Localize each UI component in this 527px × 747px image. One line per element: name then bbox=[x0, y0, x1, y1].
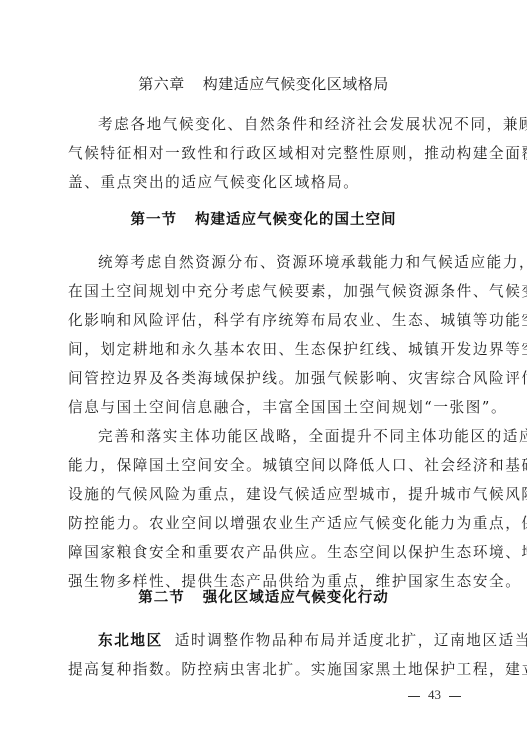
chapter-heading: 第六章构建适应气候变化区域格局 bbox=[0, 73, 527, 94]
text-line: 化影响和风险评估，科学有序统筹布局农业、生态、城镇等功能空 bbox=[68, 306, 460, 335]
text-line: 障国家粮食安全和重要农产品供应。生态空间以保护生态环境、增 bbox=[68, 538, 460, 567]
text-segment: 适时调整作物品种布局并适度北扩，辽南地区适当 bbox=[175, 632, 527, 649]
dash-left bbox=[408, 696, 420, 697]
text-line: 提高复种指数。防控病虫害北扩。实施国家黑土地保护工程，建立 bbox=[68, 655, 460, 684]
dash-right bbox=[449, 696, 461, 697]
text-line: 信息与国土空间信息融合，丰富全国国土空间规划“一张图”。 bbox=[68, 393, 460, 422]
section-title: 强化区域适应气候变化行动 bbox=[203, 589, 389, 606]
text-line: 完善和落实主体功能区战略，全面提升不同主体功能区的适应 bbox=[68, 422, 460, 451]
text-line: 间，划定耕地和永久基本农田、生态保护红线、城镇开发边界等空 bbox=[68, 335, 460, 364]
section-2-heading: 第二节强化区域适应气候变化行动 bbox=[0, 586, 527, 607]
section-2-paragraph-1: 东北地区适时调整作物品种布局并适度北扩，辽南地区适当 提高复种指数。防控病虫害北… bbox=[68, 626, 460, 684]
text-line: 能力，保障国土空间安全。城镇空间以降低人口、社会经济和基础 bbox=[68, 451, 460, 480]
text-line: 气候特征相对一致性和行政区域相对完整性原则，推动构建全面覆 bbox=[68, 139, 460, 168]
text-line: 考虑各地气候变化、自然条件和经济社会发展状况不同，兼顾 bbox=[68, 110, 460, 139]
text-line: 盖、重点突出的适应气候变化区域格局。 bbox=[68, 168, 460, 197]
section-title: 构建适应气候变化的国土空间 bbox=[195, 211, 397, 228]
document-page: 第六章构建适应气候变化区域格局 考虑各地气候变化、自然条件和经济社会发展状况不同… bbox=[0, 0, 527, 747]
page-number-value: 43 bbox=[428, 687, 441, 702]
text-line: 间管控边界及各类海域保护线。加强气候影响、灾害综合风险评估 bbox=[68, 364, 460, 393]
page-number: 43 bbox=[400, 687, 469, 703]
text-line: 在国土空间规划中充分考虑气候要素，加强气候资源条件、气候变 bbox=[68, 277, 460, 306]
section-number: 第一节 bbox=[131, 211, 178, 228]
text-line: 设施的气候风险为重点，建设气候适应型城市，提升城市气候风险 bbox=[68, 480, 460, 509]
text-line: 东北地区适时调整作物品种布局并适度北扩，辽南地区适当 bbox=[68, 626, 460, 655]
text-line: 统筹考虑自然资源分布、资源环境承载能力和气候适应能力， bbox=[68, 248, 460, 277]
section-1-heading: 第一节构建适应气候变化的国土空间 bbox=[0, 208, 527, 229]
intro-paragraph: 考虑各地气候变化、自然条件和经济社会发展状况不同，兼顾 气候特征相对一致性和行政… bbox=[68, 110, 460, 197]
section-1-paragraph-1: 统筹考虑自然资源分布、资源环境承载能力和气候适应能力， 在国土空间规划中充分考虑… bbox=[68, 248, 460, 422]
section-1-paragraph-2: 完善和落实主体功能区战略，全面提升不同主体功能区的适应 能力，保障国土空间安全。… bbox=[68, 422, 460, 596]
section-number: 第二节 bbox=[138, 589, 185, 606]
text-line: 防控能力。农业空间以增强农业生产适应气候变化能力为重点，保 bbox=[68, 509, 460, 538]
chapter-title: 构建适应气候变化区域格局 bbox=[203, 75, 389, 93]
region-lead: 东北地区 bbox=[98, 632, 163, 649]
chapter-number: 第六章 bbox=[138, 75, 185, 93]
